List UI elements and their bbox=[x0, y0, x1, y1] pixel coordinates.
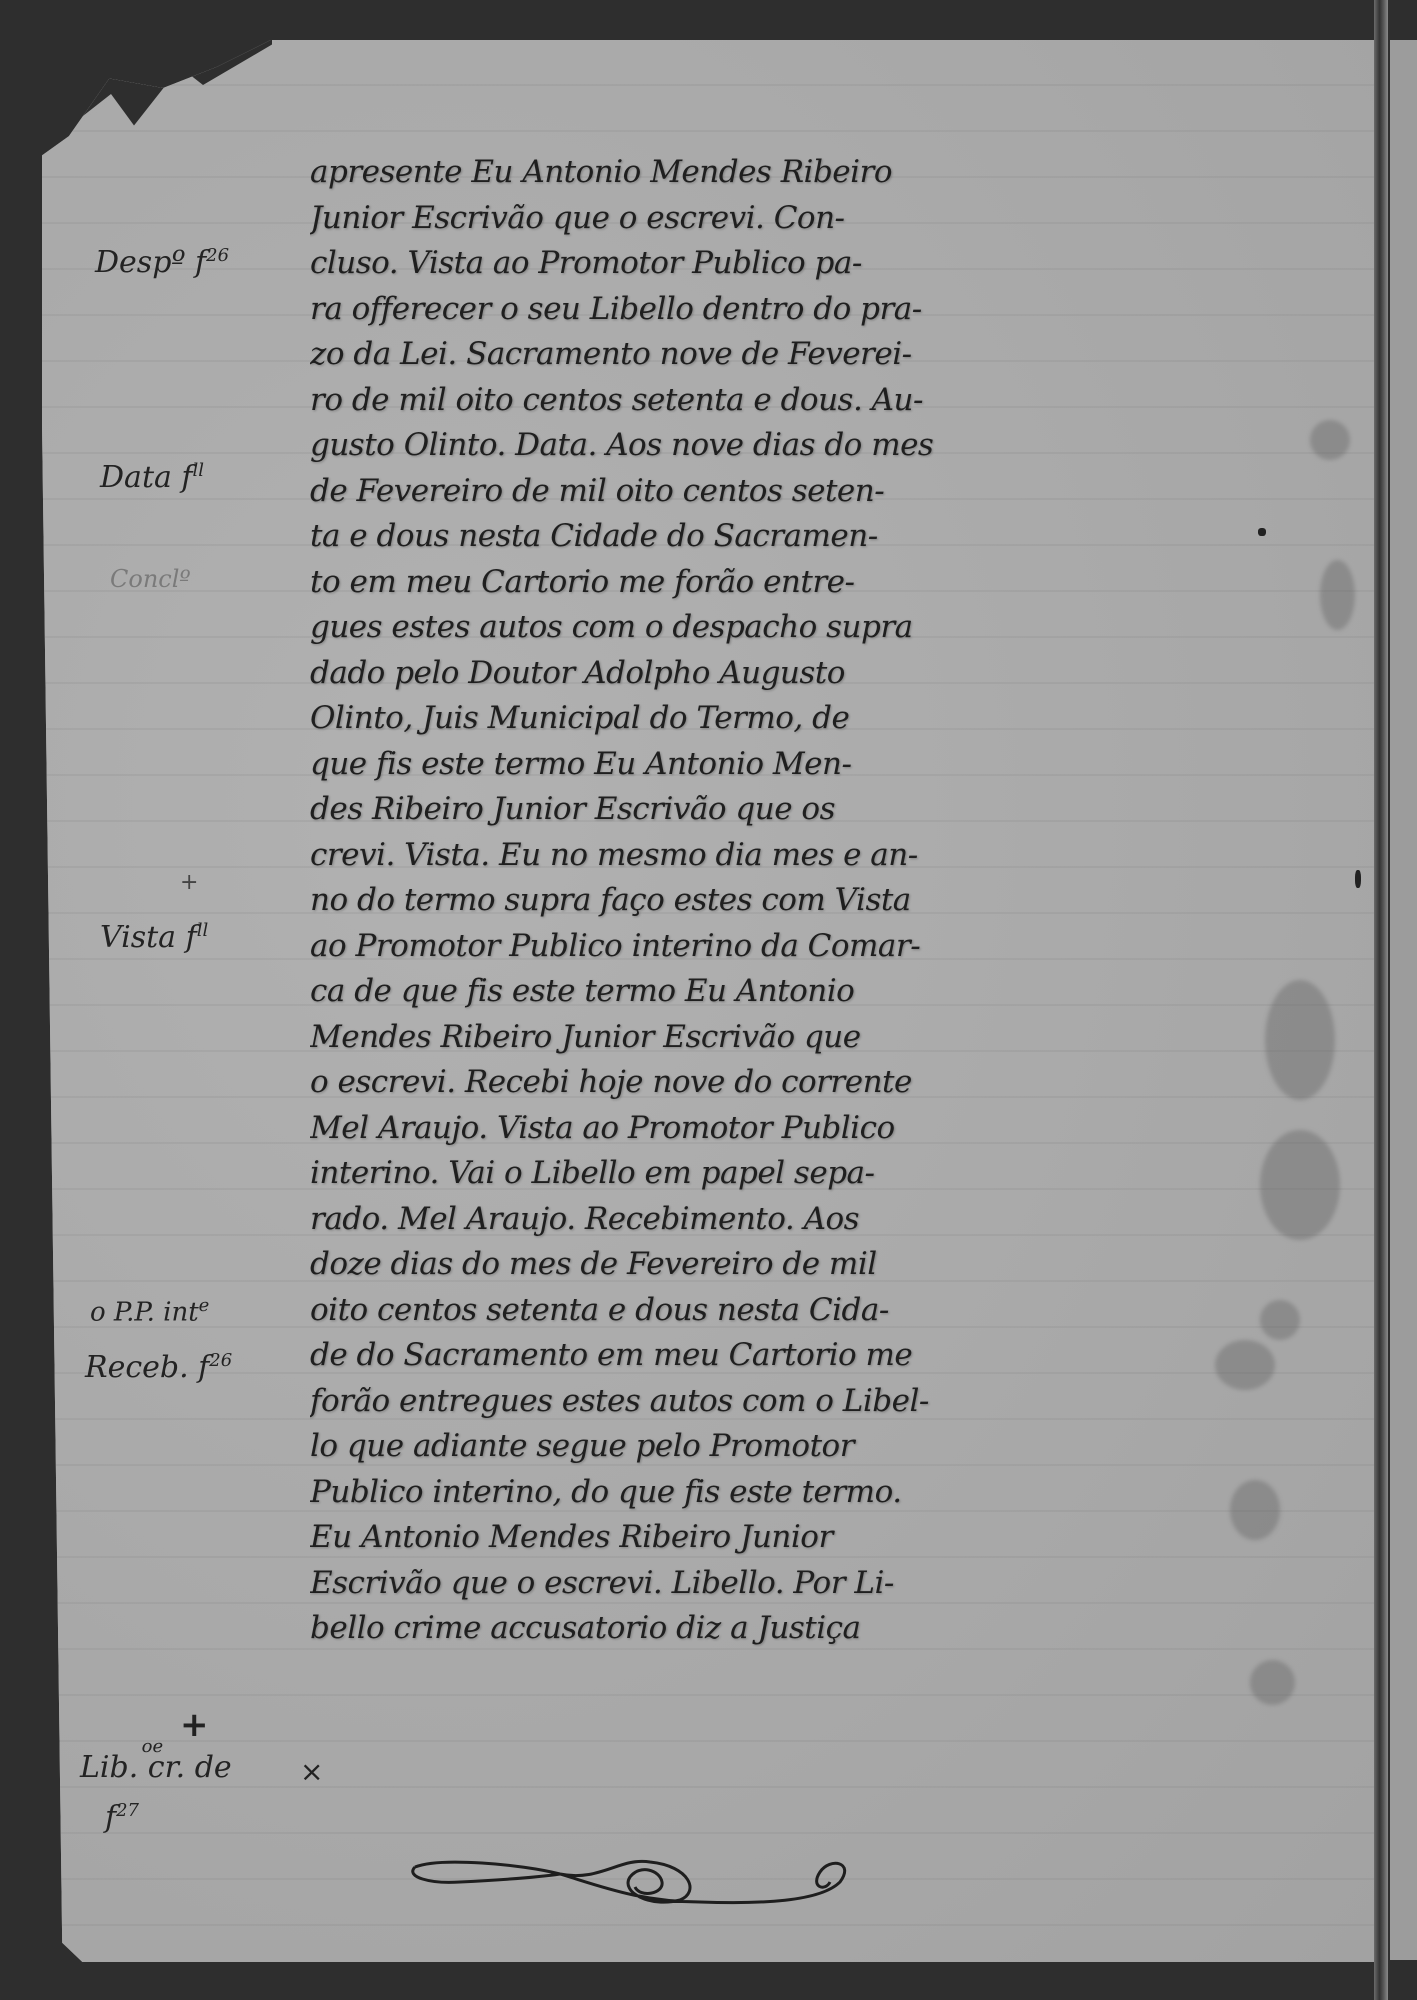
text-line: Eu Antonio Mendes Ribeiro Junior bbox=[310, 1515, 1140, 1561]
text-line: oito centos setenta e dous nesta Cida- bbox=[310, 1288, 1140, 1334]
text-line: apresente Eu Antonio Mendes Ribeiro bbox=[310, 150, 1140, 196]
torn-corner bbox=[42, 40, 272, 130]
water-stain bbox=[1265, 980, 1335, 1100]
text-line: ca de que fis este termo Eu Antonio bbox=[310, 969, 1140, 1015]
text-line: ro de mil oito centos setenta e dous. Au… bbox=[310, 378, 1140, 424]
text-line: interino. Vai o Libello em papel sepa- bbox=[310, 1151, 1140, 1197]
cross-mark: + bbox=[180, 870, 198, 895]
water-stain bbox=[1230, 1480, 1280, 1540]
text-line: Junior Escrivão que o escrevi. Con- bbox=[310, 196, 1140, 242]
text-line: o escrevi. Recebi hoje nove do corrente bbox=[310, 1060, 1140, 1106]
text-line: lo que adiante segue pelo Promotor bbox=[310, 1424, 1140, 1470]
margin-note-vista: Vista fll bbox=[100, 920, 208, 955]
text-line: de do Sacramento em meu Cartorio me bbox=[310, 1333, 1140, 1379]
cross-mark: + bbox=[180, 1705, 209, 1745]
margin-note-data: Data fll bbox=[100, 460, 204, 495]
water-stain bbox=[1310, 420, 1350, 460]
adjacent-page-edge bbox=[1390, 40, 1417, 1960]
margin-note-promotor: o P.P. inte bbox=[90, 1295, 209, 1328]
margin-note-faint: Conclº bbox=[110, 565, 191, 593]
text-line: rado. Mel Araujo. Recebimento. Aos bbox=[310, 1197, 1140, 1243]
main-text-body: apresente Eu Antonio Mendes Ribeiro Juni… bbox=[310, 150, 1140, 1652]
margin-note-recebimento: Receb. f26 bbox=[85, 1350, 232, 1385]
text-line: cluso. Vista ao Promotor Publico pa- bbox=[310, 241, 1140, 287]
text-line: ra offerecer o seu Libello dentro do pra… bbox=[310, 287, 1140, 333]
text-line: Mel Araujo. Vista ao Promotor Publico bbox=[310, 1106, 1140, 1152]
text-line: bello crime accusatorio diz a Justiça bbox=[310, 1606, 1140, 1652]
cross-mark-small: × bbox=[300, 1755, 323, 1788]
ink-speck bbox=[1355, 870, 1361, 888]
water-stain bbox=[1250, 1660, 1295, 1705]
margin-note-despacho: Despº f26 bbox=[95, 245, 229, 280]
text-line: zo da Lei. Sacramento nove de Feverei- bbox=[310, 332, 1140, 378]
text-line: forão entregues estes autos com o Libel- bbox=[310, 1379, 1140, 1425]
book-spine bbox=[1374, 0, 1388, 2000]
text-line: gusto Olinto. Data. Aos nove dias do mes bbox=[310, 423, 1140, 469]
water-stain bbox=[1260, 1130, 1340, 1240]
water-stain bbox=[1260, 1300, 1300, 1340]
text-line: Publico interino, do que fis este termo. bbox=[310, 1470, 1140, 1516]
text-line: crevi. Vista. Eu no mesmo dia mes e an- bbox=[310, 833, 1140, 879]
text-line: gues estes autos com o despacho supra bbox=[310, 605, 1140, 651]
text-line: de Fevereiro de mil oito centos seten- bbox=[310, 469, 1140, 515]
ink-speck bbox=[1258, 528, 1266, 536]
margin-note-libello-folio: f27 bbox=[105, 1800, 139, 1835]
text-line: Olinto, Juis Municipal do Termo, de bbox=[310, 696, 1140, 742]
water-stain bbox=[1320, 560, 1355, 630]
text-line: Mendes Ribeiro Junior Escrivão que bbox=[310, 1015, 1140, 1061]
text-line: to em meu Cartorio me forão entre- bbox=[310, 560, 1140, 606]
text-line: que fis este termo Eu Antonio Men- bbox=[310, 742, 1140, 788]
text-line: doze dias do mes de Fevereiro de mil bbox=[310, 1242, 1140, 1288]
text-line: Escrivão que o escrevi. Libello. Por Li- bbox=[310, 1561, 1140, 1607]
text-line: ta e dous nesta Cidade do Sacramen- bbox=[310, 514, 1140, 560]
text-line: des Ribeiro Junior Escrivão que os bbox=[310, 787, 1140, 833]
text-line: ao Promotor Publico interino da Comar- bbox=[310, 924, 1140, 970]
water-stain bbox=[1215, 1340, 1275, 1390]
text-line: no do termo supra faço estes com Vista bbox=[310, 878, 1140, 924]
text-line: dado pelo Doutor Adolpho Augusto bbox=[310, 651, 1140, 697]
margin-note-libello: Lib. cr. deoe bbox=[80, 1750, 253, 1785]
ink-flourish bbox=[400, 1852, 900, 1912]
